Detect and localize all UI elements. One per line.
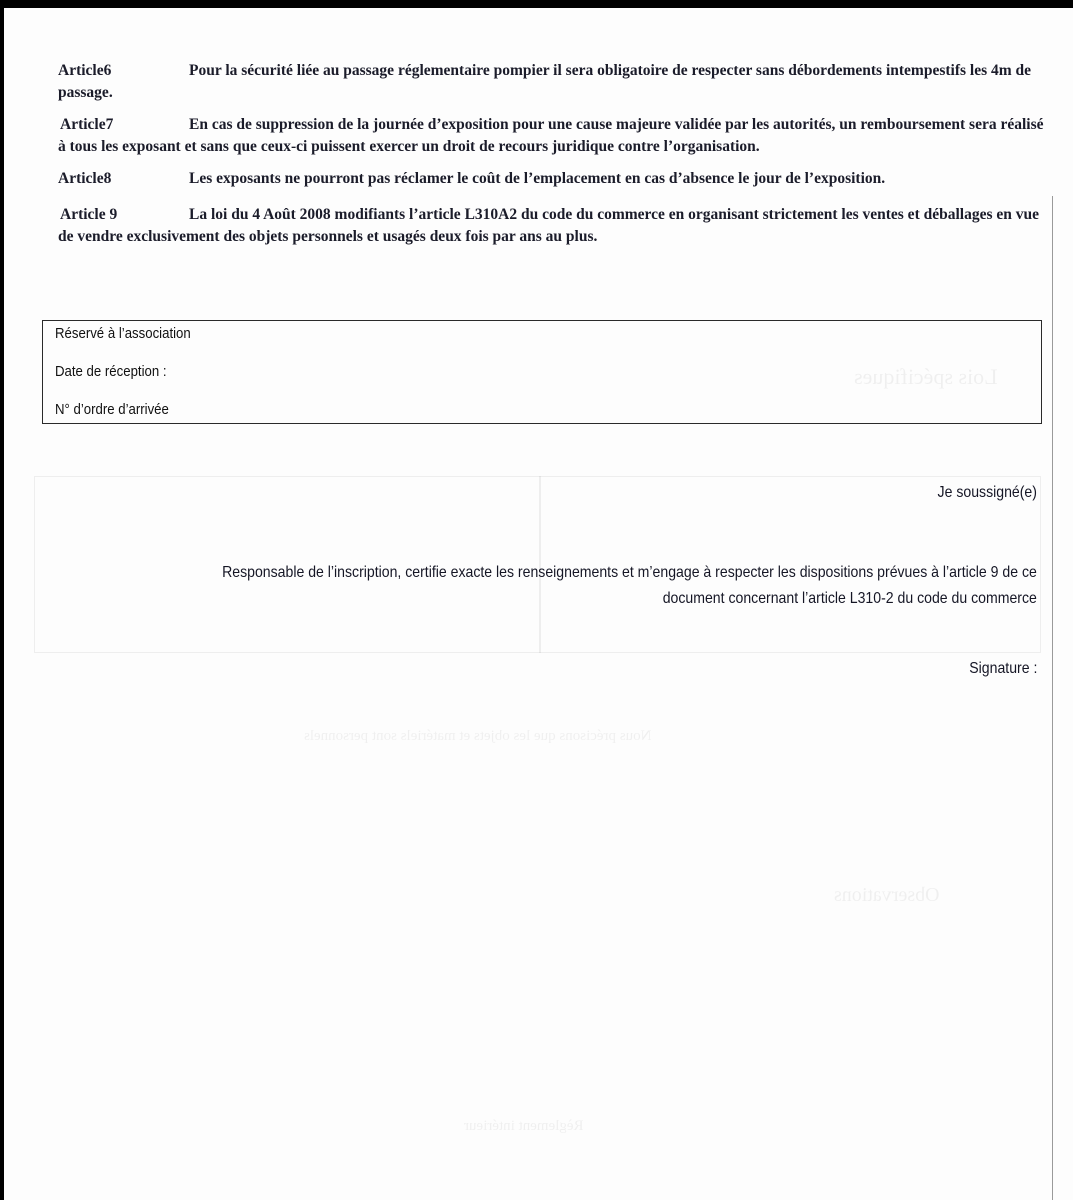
article-number: Article 9 <box>58 204 189 226</box>
article-7: Article7En cas de suppression de la jour… <box>58 114 1048 158</box>
article-number: Article8 <box>58 168 189 190</box>
article-number: Article6 <box>58 60 189 82</box>
article-text: En cas de suppression de la journée d’ex… <box>58 116 1044 155</box>
certification-line-1: Responsable de l’inscription, certifie e… <box>222 560 1037 586</box>
article-8: Article8Les exposants ne pourront pas ré… <box>58 168 1048 190</box>
reception-date-label: Date de réception : <box>55 363 167 380</box>
ghost-text: Nous précisons que les objets et matérie… <box>304 728 651 745</box>
article-text: Les exposants ne pourront pas réclamer l… <box>189 170 885 187</box>
article-text: Pour la sécurité liée au passage régleme… <box>58 62 1031 101</box>
reserved-title: Réservé à l’association <box>55 325 191 342</box>
article-6: Article6Pour la sécurité liée au passage… <box>58 60 1048 104</box>
reserved-for-association-box: Réservé à l’association Date de réceptio… <box>42 320 1042 424</box>
article-number: Article7 <box>58 114 189 136</box>
ghost-text: Règlement intérieur <box>464 1118 584 1135</box>
page-edge-line <box>1052 196 1053 1200</box>
document-page: Lois spécifiques Observations Nous préci… <box>4 8 1073 1200</box>
undersigned-label: Je soussigné(e) <box>938 484 1037 502</box>
ghost-text: Observations <box>834 884 940 907</box>
articles-section: Article6Pour la sécurité liée au passage… <box>58 60 1048 258</box>
article-text: La loi du 4 Août 2008 modifiants l’artic… <box>58 206 1039 245</box>
signature-label: Signature : <box>969 660 1037 678</box>
arrival-order-label: N° d’ordre d’arrivée <box>55 401 169 418</box>
article-9: Article 9La loi du 4 Août 2008 modifiant… <box>58 204 1048 248</box>
certification-statement: Responsable de l’inscription, certifie e… <box>222 560 1037 612</box>
certification-line-2: document concernant l’article L310-2 du … <box>222 586 1037 612</box>
